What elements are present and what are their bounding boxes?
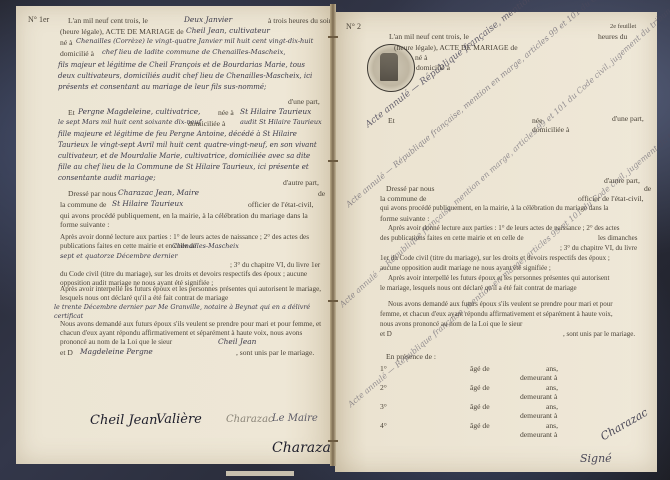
right-corner-note: 2e feuillet — [610, 22, 636, 31]
left-bride-birthplace: St Hilaire Taurieux — [240, 107, 311, 116]
right-proc-12: et D — [380, 330, 392, 339]
left-header-line2-print: (heure légale), ACTE DE MARIAGE de — [60, 27, 184, 36]
right-witness-ans-1: ans, — [546, 364, 558, 373]
right-witness-row-3: 3° — [380, 402, 387, 411]
right-act-number: N° 2 — [346, 22, 361, 31]
right-witness-ans-3: ans, — [546, 402, 558, 411]
left-header-time: à trois heures du soir — [268, 16, 331, 25]
signature-charazac-witness: Charazac — [226, 414, 274, 425]
left-officer-text: qui avons procédé publiquement, en la ma… — [60, 211, 322, 229]
right-proc-2: des publications faites en cette mairie … — [380, 234, 524, 243]
right-witness-age-2: âgé de — [470, 383, 490, 392]
left-bride-born-print: née à — [218, 108, 234, 117]
right-signature-signe: Signé — [580, 452, 612, 465]
right-witness-age-4: âgé de — [470, 421, 490, 430]
left-and-print: et D — [60, 348, 73, 357]
right-proc-13: , sont unis par le mariage. — [563, 330, 635, 339]
left-groom-name: Cheil Jean, cultivateur — [186, 26, 270, 35]
right-witness-ans-4: ans, — [546, 421, 558, 430]
right-header-born: né à — [415, 53, 427, 62]
left-groom-short: Cheil Jean — [218, 337, 256, 346]
signature-le-maire: Le Maire — [272, 413, 318, 424]
right-proc-5: 1er du Code civil (titre du mariage), su… — [380, 254, 610, 263]
left-officer-de: de — [318, 189, 325, 198]
right-witness-age-1: âgé de — [470, 364, 490, 373]
binding-stitch — [328, 36, 338, 38]
marianne-figure-icon — [380, 53, 398, 81]
left-domicile-print: domicilié à — [60, 49, 94, 58]
left-sundays: sept et quatorze Décembre dernier — [60, 252, 178, 261]
binding-stitch — [328, 440, 338, 442]
right-et: Et — [388, 116, 395, 125]
left-header-line1-print: L'an mil neuf cent trois, le — [68, 16, 148, 25]
right-one-part: d'une part, — [612, 114, 644, 123]
left-other-part: d'autre part, — [283, 178, 319, 187]
left-groom-domicile: chef lieu de ladite commune de Chenaille… — [102, 48, 285, 57]
left-united: , sont unis par le mariage. — [236, 348, 314, 357]
left-officer-label: officier de l'état-civil, — [248, 200, 314, 209]
right-witness-age-3: âgé de — [470, 402, 490, 411]
right-header-line1: L'an mil neuf cent trois, le — [389, 32, 469, 41]
left-groom-birth: Chenailles (Corrèze) le vingt-quatre Jan… — [76, 37, 313, 46]
right-officer-text2: forme suivante : — [380, 214, 429, 223]
left-other-commune: Chenailles-Mascheix — [172, 242, 239, 251]
right-proc-10: femme, et chacun d'eux ayant répondu aff… — [380, 310, 613, 319]
signature-valiere: Valière — [156, 412, 202, 427]
left-officer-print: Dressé par nous — [68, 189, 117, 198]
left-officer-name: Charazac Jean, Maire — [118, 188, 199, 197]
left-commune: St Hilaire Taurieux — [112, 199, 183, 208]
signature-groom: Cheil Jean — [90, 413, 158, 428]
right-officer-print: Dressé par nous — [386, 184, 435, 193]
right-proc-4: ; 3° du chapitre VI, du livre — [560, 244, 637, 253]
right-header-hours: heures du — [598, 32, 627, 41]
left-vows-text: Nous avons demandé aux futurs époux s'il… — [60, 320, 322, 347]
left-bride-domicile-print: domiciliée à — [188, 119, 225, 128]
right-officer-de: de — [644, 184, 651, 193]
left-bride-print: Et — [68, 108, 75, 117]
left-code-text: ; 3° du chapitre VI, du livre 1er du Cod… — [60, 261, 322, 288]
left-one-part: d'une part, — [288, 97, 320, 106]
right-proc-3: les dimanches — [598, 234, 637, 243]
book-gutter — [330, 4, 336, 466]
left-commune-print: la commune de — [60, 200, 106, 209]
left-act-number: N° 1er — [28, 15, 49, 24]
signature-mayor: Charazac — [272, 440, 339, 456]
right-witness-residing-4: demeurant à — [520, 430, 557, 439]
left-interpelle-text: Après avoir interpellé les futurs époux … — [60, 285, 322, 303]
binding-stitch — [328, 160, 338, 162]
binding-stitch — [328, 300, 338, 302]
left-header-date: Deux Janvier — [184, 15, 232, 24]
left-bride-parents: fille majeure et légitime de feu Pergne … — [58, 129, 320, 184]
right-commune-print: la commune de — [380, 194, 426, 203]
bookmark-tab — [226, 471, 294, 476]
left-contract: le trente Décembre dernier par Me Granvi… — [54, 303, 324, 321]
right-witness-row-4: 4° — [380, 421, 387, 430]
left-bride-domicile: audit St Hilaire Taurieux — [240, 118, 322, 127]
right-proc-9: Nous avons demandé aux futurs époux s'il… — [388, 300, 613, 309]
right-witness-residing-1: demeurant à — [520, 373, 557, 382]
right-proc-6: aucune opposition audit mariage ne nous … — [380, 264, 551, 273]
left-groom-parents: fils majeur et légitime de Cheil Françoi… — [58, 60, 320, 93]
right-witness-residing-3: demeurant à — [520, 411, 557, 420]
left-bride-name: Pergne Magdeleine, cultivatrice, — [78, 107, 200, 116]
left-bride-short: Magdeleine Pergne — [80, 347, 153, 356]
left-bride-birthdate: le sept Mars mil huit cent soixante dix-… — [58, 118, 201, 127]
left-born-print: né à — [60, 38, 72, 47]
right-witness-residing-2: demeurant à — [520, 392, 557, 401]
right-witness-ans-2: ans, — [546, 383, 558, 392]
